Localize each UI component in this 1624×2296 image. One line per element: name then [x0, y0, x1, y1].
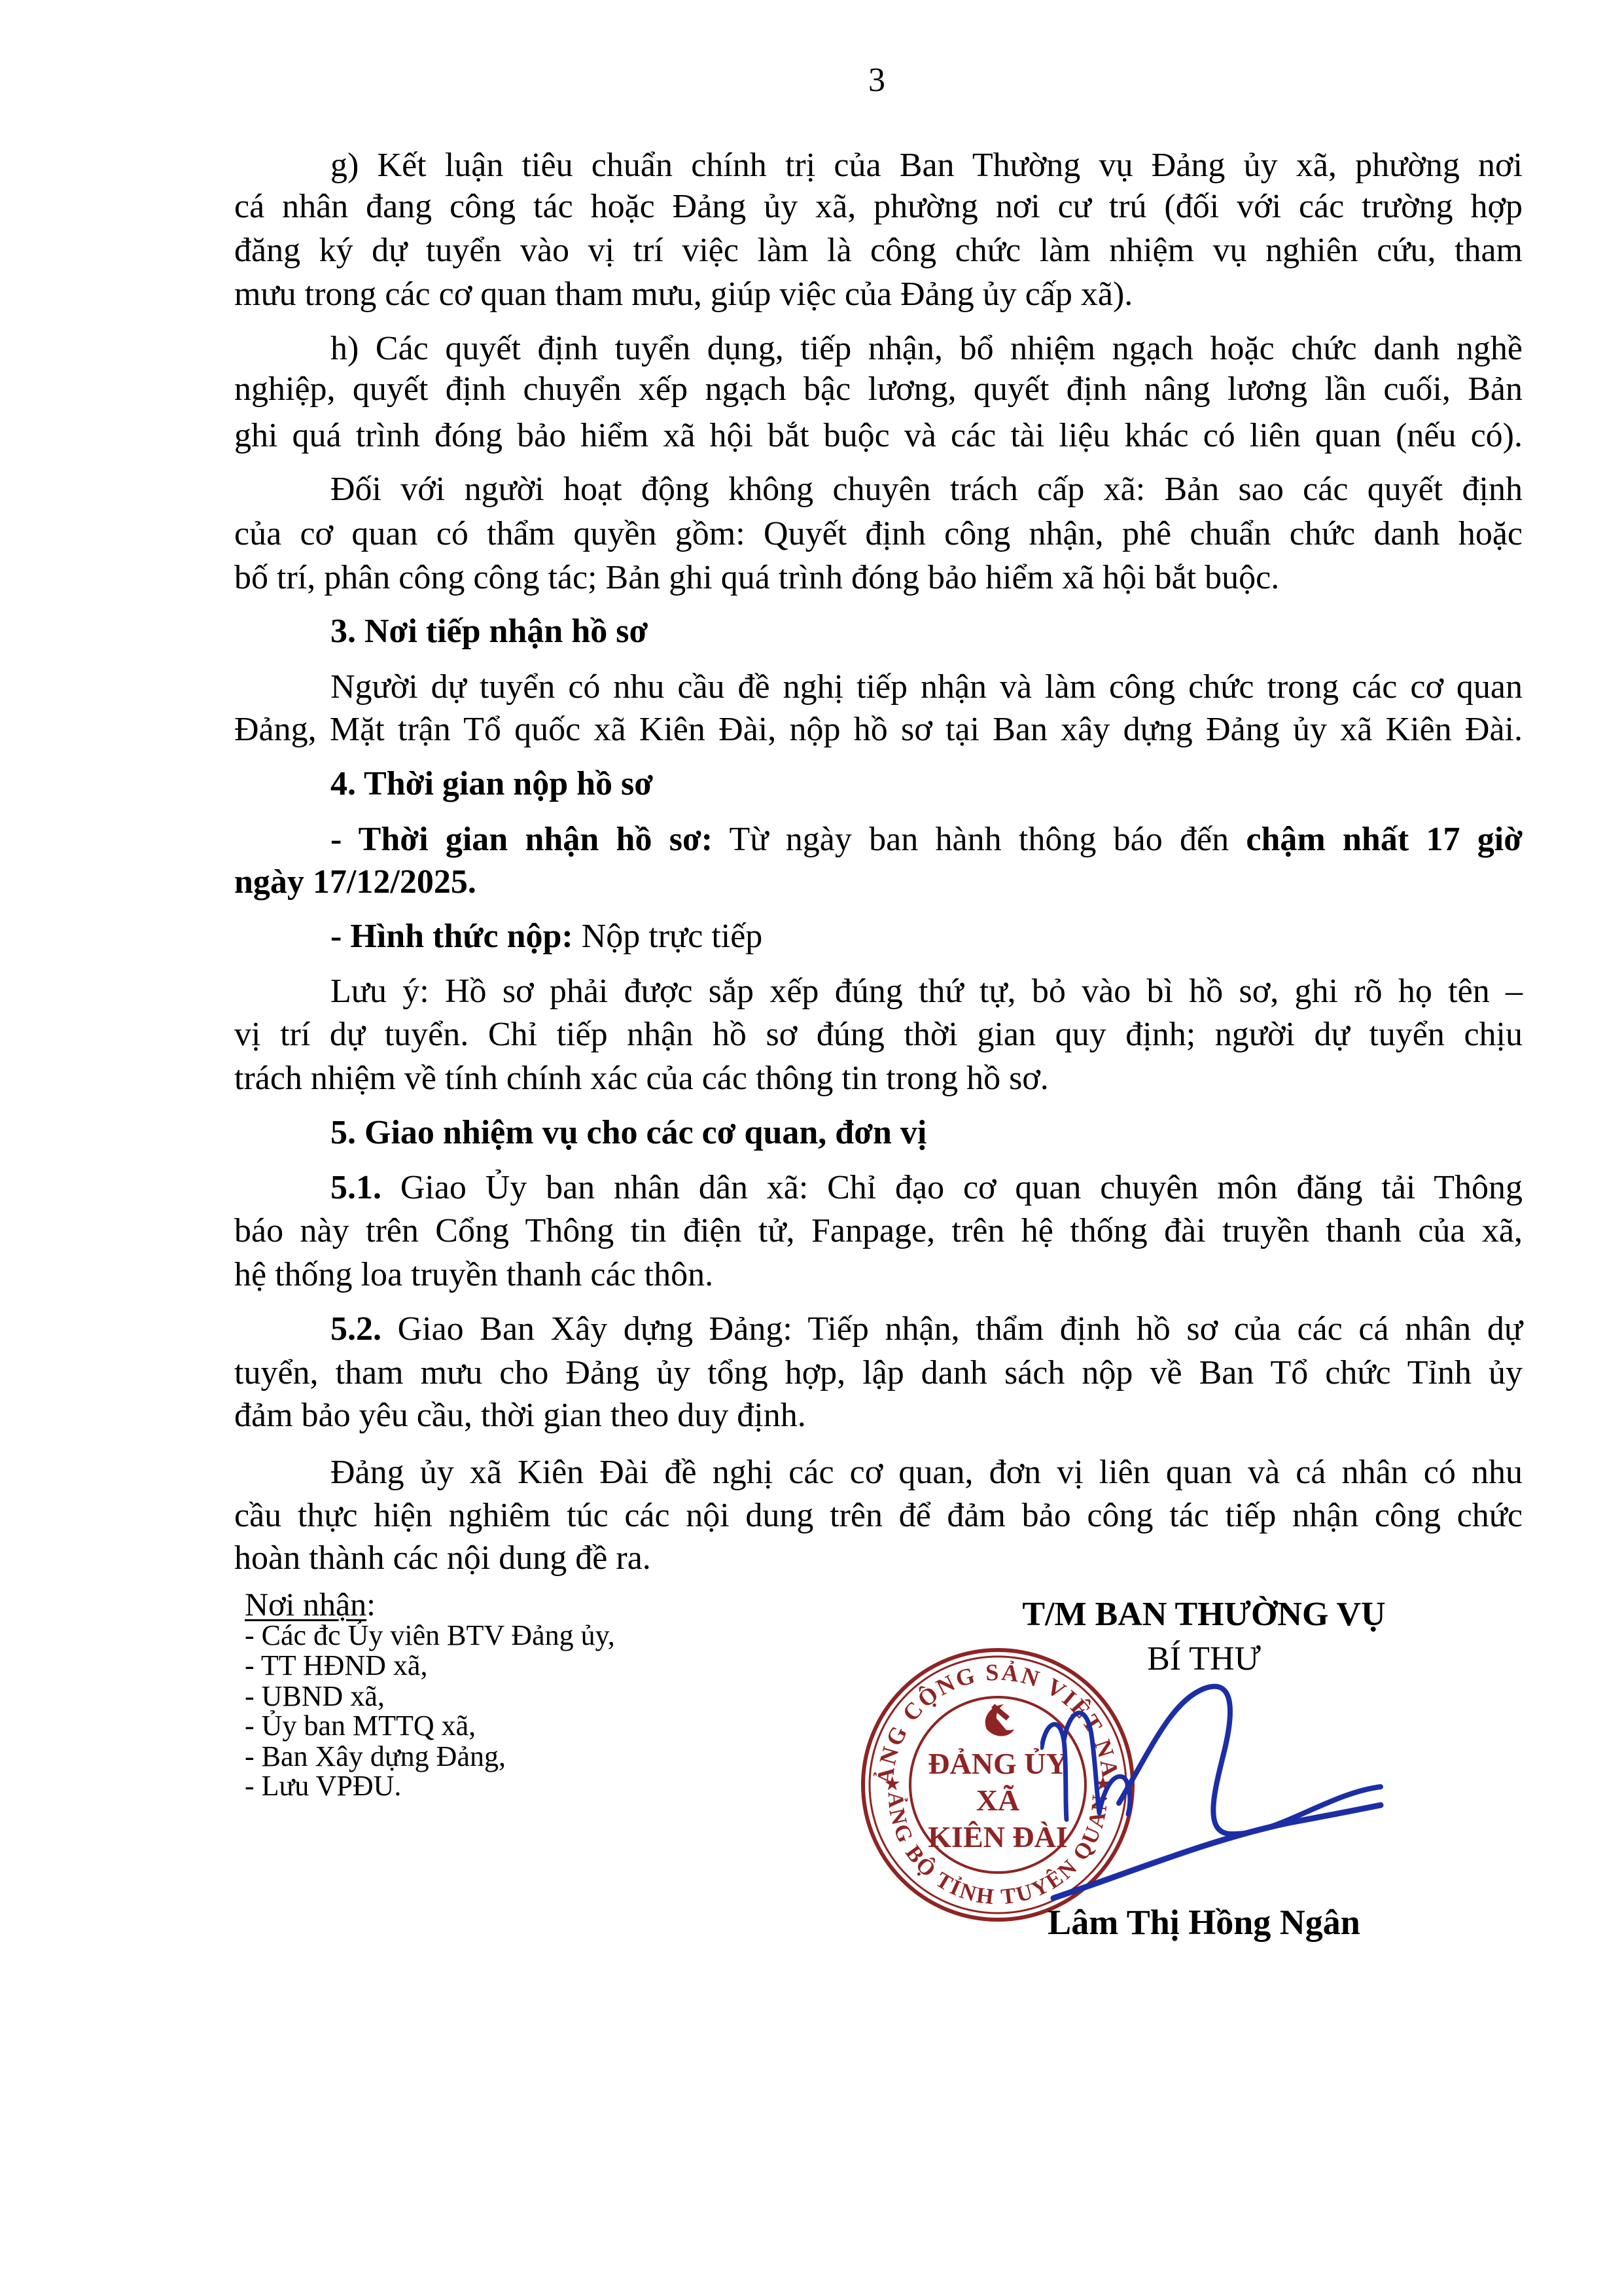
paragraph-h-line-1: h) Các quyết định tuyển dụng, tiếp nhận,… [330, 329, 1523, 369]
paragraph-h-line-3: ghi quá trình đóng bảo hiểm xã hội bắt b… [234, 416, 1523, 456]
recipient-item: - UBND xã, [245, 1681, 385, 1712]
note-line-1: Lưu ý: Hồ sơ phải được sắp xếp đúng thứ … [330, 971, 1523, 1012]
recipients-title-text: Nơi nhận [245, 1586, 366, 1623]
paragraph-nonspecialized-line-1: Đối với người hoạt động không chuyên trá… [330, 469, 1523, 510]
receive-time-text: Từ ngày ban hành thông báo đến [713, 821, 1246, 858]
paragraph-nonspecialized-line-3: bố trí, phân công công tác; Bản ghi quá … [234, 558, 1523, 598]
closing-line-2: cầu thực hiện nghiêm túc các nội dung tr… [234, 1496, 1523, 1536]
recipient-item: - Ban Xây dựng Đảng, [245, 1742, 506, 1772]
item-5-1-number: 5.1. [330, 1169, 381, 1206]
item-5-2-text: Giao Ban Xây dựng Đảng: Tiếp nhận, thẩm … [381, 1310, 1523, 1348]
section-3-line-1: Người dự tuyển có nhu cầu đề nghị tiếp n… [330, 667, 1523, 708]
receive-time-line: - Thời gian nhận hồ sơ: Từ ngày ban hành… [330, 819, 1523, 860]
page-number: 3 [811, 60, 942, 101]
recipient-item: - Các đc Ủy viên BTV Đảng ủy, [245, 1621, 615, 1651]
svg-text:XÃ: XÃ [976, 1784, 1019, 1817]
note-line-2: vị trí dự tuyển. Chỉ tiếp nhận hồ sơ đún… [234, 1014, 1523, 1055]
item-5-2-line-1: 5.2. Giao Ban Xây dựng Đảng: Tiếp nhận, … [330, 1309, 1523, 1350]
item-5-1-line-1: 5.1. Giao Ủy ban nhân dân xã: Chỉ đạo cơ… [330, 1168, 1523, 1208]
recipients-title: Nơi nhận: [245, 1586, 376, 1623]
paragraph-g-line-3: đăng ký dự tuyển vào vị trí việc làm là … [234, 230, 1523, 271]
item-5-2-line-3: đảm bảo yêu cầu, thời gian theo duy định… [234, 1395, 1523, 1436]
document-page: 3 g) Kết luận tiêu chuẩn chính trị của B… [0, 0, 1624, 2296]
recipient-item: - Lưu VPĐU. [245, 1771, 401, 1801]
signer-name: Lâm Thị Hồng Ngân [942, 1902, 1466, 1943]
section-3-heading: 3. Nơi tiếp nhận hồ sơ [330, 611, 1523, 652]
submission-method-line: - Hình thức nộp: Nộp trực tiếp [330, 916, 1523, 957]
recipient-item: - Ủy ban MTTQ xã, [245, 1711, 476, 1741]
note-line-3: trách nhiệm về tính chính xác của các th… [234, 1058, 1523, 1099]
item-5-2-number: 5.2. [330, 1310, 381, 1348]
submission-method-value: Nộp trực tiếp [573, 918, 763, 955]
paragraph-h-line-2: nghiệp, quyết định chuyển xếp ngạch bậc … [234, 369, 1523, 410]
receive-time-label: - Thời gian nhận hồ sơ: [330, 821, 713, 858]
paragraph-g-line-2: cá nhân đang công tác hoặc Đảng ủy xã, p… [234, 187, 1523, 227]
paragraph-g-line-1: g) Kết luận tiêu chuẩn chính trị của Ban… [330, 145, 1523, 186]
submission-method-label: - Hình thức nộp: [330, 918, 573, 955]
paragraph-g-line-4: mưu trong các cơ quan tham mưu, giúp việ… [234, 274, 1523, 315]
item-5-2-line-2: tuyển, tham mưu cho Đảng ủy tổng hợp, lậ… [234, 1353, 1523, 1393]
closing-line-1: Đảng ủy xã Kiên Đài đề nghị các cơ quan,… [330, 1452, 1523, 1493]
closing-line-3: hoàn thành các nội dung đề ra. [234, 1538, 1523, 1579]
recipients-title-colon: : [366, 1586, 376, 1623]
receive-time-deadline: chậm nhất 17 giờ [1246, 821, 1523, 858]
svg-text:★: ★ [885, 1774, 900, 1793]
section-3-line-2: Đảng, Mặt trận Tổ quốc xã Kiên Đài, nộp … [234, 709, 1523, 750]
handwritten-signature-icon [1040, 1662, 1407, 1911]
item-5-1-line-2: báo này trên Cổng Thông tin điện tử, Fan… [234, 1211, 1523, 1251]
signature-on-behalf: T/M BAN THƯỜNG VỤ [942, 1594, 1466, 1635]
section-4-heading: 4. Thời gian nộp hồ sơ [330, 764, 1523, 804]
section-5-heading: 5. Giao nhiệm vụ cho các cơ quan, đơn vị [330, 1113, 1523, 1153]
item-5-1-text: Giao Ủy ban nhân dân xã: Chỉ đạo cơ quan… [381, 1169, 1523, 1206]
recipient-item: - TT HĐND xã, [245, 1651, 427, 1681]
receive-time-date: ngày 17/12/2025. [234, 862, 1523, 903]
item-5-1-line-3: hệ thống loa truyền thanh các thôn. [234, 1255, 1523, 1295]
paragraph-nonspecialized-line-2: của cơ quan có thẩm quyền gồm: Quyết địn… [234, 514, 1523, 554]
